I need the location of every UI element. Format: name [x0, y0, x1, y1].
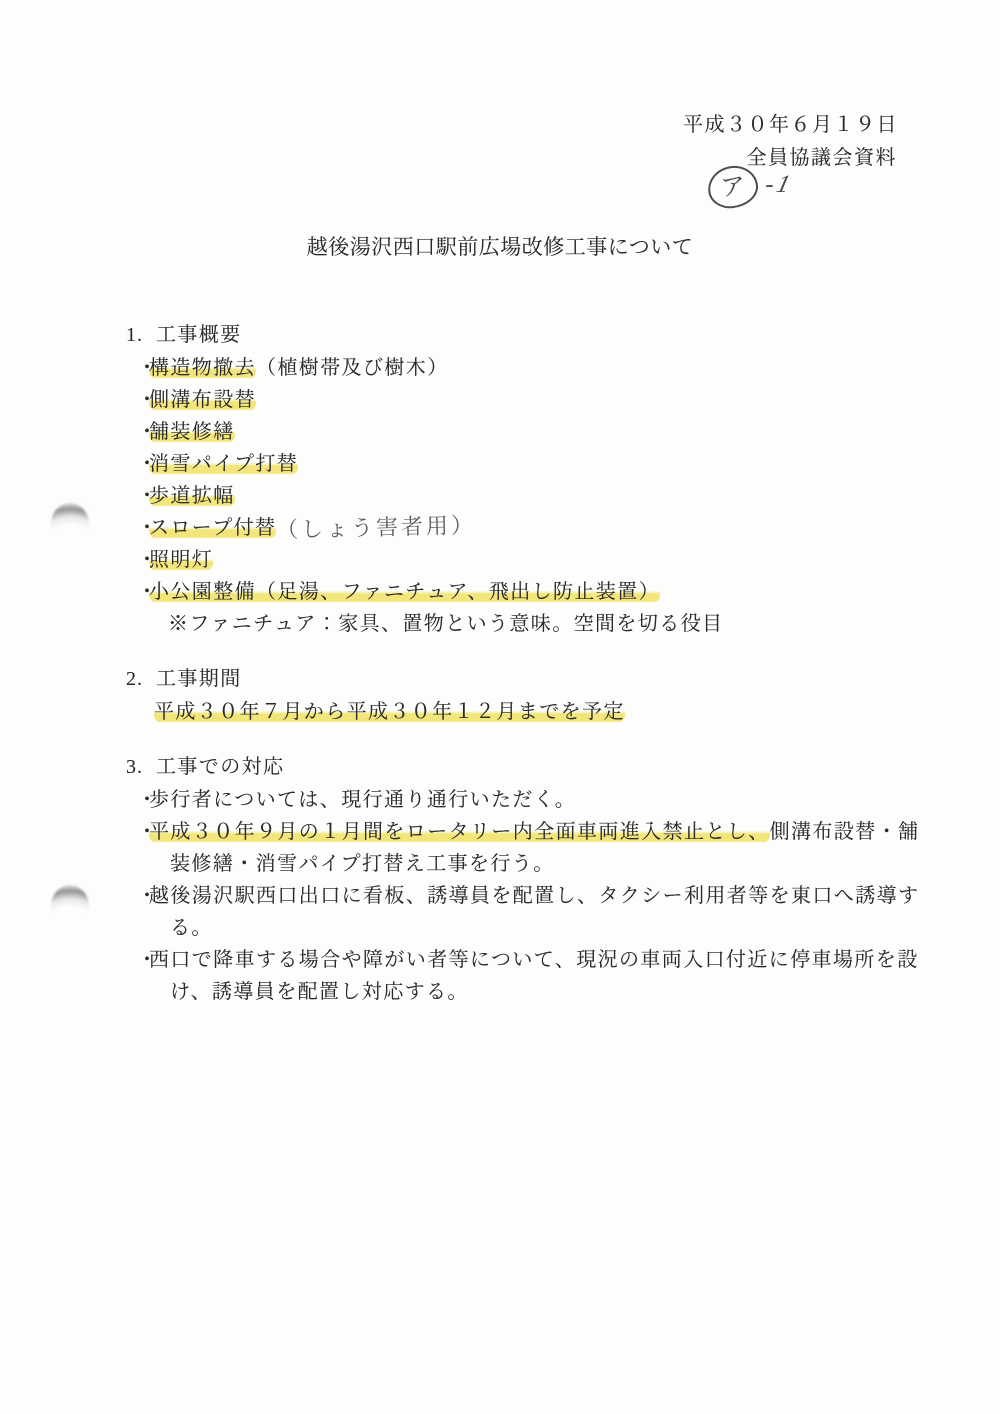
item-list: ・歩行者については、現行通り通行いただく。・平成３０年９月の１月間をロータリー内…	[120, 784, 922, 1008]
highlighted-text: スロープ付替	[149, 517, 276, 539]
highlighted-text: 平成３０年７月から平成３０年１２月までを予定	[154, 701, 625, 723]
list-item: ・平成３０年９月の１月間をロータリー内全面車両進入禁止とし、側溝布設替・舗装修繕…	[120, 816, 922, 880]
text-segment: （植樹帯及び樹木）	[256, 357, 449, 379]
punch-hole-shadow	[51, 885, 89, 927]
bullet-marker: ・	[137, 944, 149, 976]
circled-character-icon: ア	[706, 164, 760, 211]
list-item: ・歩行者については、現行通り通行いただく。	[120, 784, 922, 816]
highlighted-text: 構造物撤去	[149, 357, 256, 379]
bullet-marker: ・	[137, 448, 149, 480]
list-item: ・歩道拡幅	[120, 480, 922, 512]
list-item: ・越後湯沢駅西口出口に看板、誘導員を配置し、タクシー利用者等を東口へ誘導する。	[120, 880, 922, 944]
list-item: ・スロープ付替（しょう害者用）	[120, 512, 922, 544]
text-segment: 越後湯沢駅西口出口に看板、誘導員を配置し、タクシー利用者等を東口へ誘導する。	[149, 885, 919, 939]
handwritten-annotation: （しょう害者用）	[276, 511, 477, 548]
section-number: 3.	[126, 756, 143, 778]
section-title: 工事での対応	[156, 756, 284, 778]
sections: 1.工事概要・構造物撤去（植樹帯及び樹木）・側溝布設替・舗装修繕・消雪パイプ打替…	[120, 318, 922, 1008]
section-1: 1.工事概要・構造物撤去（植樹帯及び樹木）・側溝布設替・舗装修繕・消雪パイプ打替…	[120, 318, 922, 640]
scanned-document-page: 平成３０年６月１９日 全員協議会資料 ア -1 越後湯沢西口駅前広場改修工事につ…	[0, 0, 1000, 1414]
highlighted-text: 側溝布設替	[149, 389, 256, 411]
page-title: 越後湯沢西口駅前広場改修工事について	[0, 231, 1000, 261]
bullet-marker: ・	[137, 880, 149, 912]
list-item: ・西口で降車する場合や障がい者等について、現況の車両入口付近に停車場所を設け、誘…	[120, 944, 922, 1008]
section-number: 2.	[126, 668, 143, 690]
bullet-marker: ・	[137, 384, 149, 416]
section-2: 2.工事期間平成３０年７月から平成３０年１２月までを予定	[120, 662, 922, 728]
item-list: 平成３０年７月から平成３０年１２月までを予定	[120, 696, 922, 728]
bullet-marker: ・	[137, 416, 149, 448]
highlighted-text: 舗装修繕	[149, 421, 235, 443]
text-segment: 歩行者については、現行通り通行いただく。	[149, 789, 576, 811]
bullet-marker: ・	[137, 480, 149, 512]
section-heading: 2.工事期間	[120, 662, 922, 696]
section-3: 3.工事での対応・歩行者については、現行通り通行いただく。・平成３０年９月の１月…	[120, 750, 922, 1008]
list-item: ・側溝布設替	[120, 384, 922, 416]
bullet-marker: ・	[137, 784, 149, 816]
document-body: 1.工事概要・構造物撤去（植樹帯及び樹木）・側溝布設替・舗装修繕・消雪パイプ打替…	[120, 318, 922, 1030]
text-segment: ※ファニチュア：家具、置物という意味。空間を切る役目	[168, 613, 723, 635]
section-title: 工事期間	[156, 668, 242, 690]
bullet-marker: ・	[137, 512, 149, 544]
section-heading: 3.工事での対応	[120, 750, 922, 784]
highlighted-text: 小公園整備（足湯、ファニチュア、飛出し防止装置）	[149, 581, 660, 603]
bullet-marker: ・	[137, 352, 149, 384]
list-item: ・消雪パイプ打替	[120, 448, 922, 480]
document-date: 平成３０年６月１９日	[683, 108, 898, 137]
handwritten-document-number: ア -1	[708, 166, 792, 208]
list-item: 平成３０年７月から平成３０年１２月までを予定	[120, 696, 922, 728]
section-title: 工事概要	[156, 324, 242, 346]
list-item: ・構造物撤去（植樹帯及び樹木）	[120, 352, 922, 384]
section-number: 1.	[126, 324, 143, 346]
punch-hole-shadow	[51, 503, 89, 545]
bullet-marker: ・	[137, 816, 149, 848]
bullet-marker: ・	[137, 576, 149, 608]
list-item: ※ファニチュア：家具、置物という意味。空間を切る役目	[120, 608, 922, 640]
bullet-marker: ・	[137, 544, 149, 576]
list-item: ・小公園整備（足湯、ファニチュア、飛出し防止装置）	[120, 576, 922, 608]
document-number-suffix: -1	[762, 171, 796, 199]
highlighted-text: 消雪パイプ打替	[149, 453, 298, 475]
list-item: ・照明灯	[120, 544, 922, 576]
list-item: ・舗装修繕	[120, 416, 922, 448]
section-heading: 1.工事概要	[120, 318, 922, 352]
text-segment: 西口で降車する場合や障がい者等について、現況の車両入口付近に停車場所を設け、誘導…	[149, 949, 919, 1003]
highlighted-text: 歩道拡幅	[149, 485, 235, 507]
highlighted-text: 照明灯	[149, 549, 213, 571]
item-list: ・構造物撤去（植樹帯及び樹木）・側溝布設替・舗装修繕・消雪パイプ打替・歩道拡幅・…	[120, 352, 922, 640]
highlighted-text: 平成３０年９月の１月間をロータリー内全面車両進入禁止とし、	[149, 821, 770, 843]
